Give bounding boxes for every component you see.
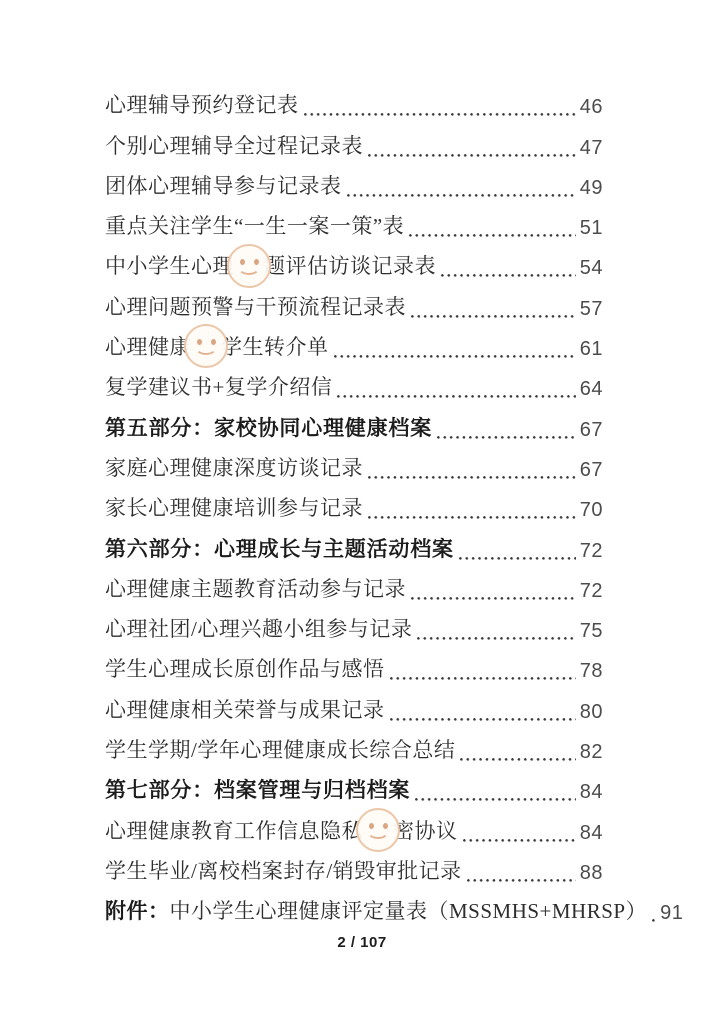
toc-entry-page: 72: [580, 540, 603, 563]
toc-entry-page: 49: [580, 177, 603, 200]
toc-entry-page: 72: [580, 580, 603, 603]
toc-entry-title: 学生心理成长原创作品与感悟: [105, 653, 385, 683]
dot-leader: [652, 919, 656, 922]
toc-entry[interactable]: 学生心理成长原创作品与感悟78: [105, 648, 603, 688]
toc-entry-text: 学生心理成长原创作品与感悟: [105, 657, 385, 681]
toc-entry[interactable]: 附件：中小学生心理健康评定量表（MSSMHS+MHRSP）91: [105, 890, 603, 930]
document-page: 心理辅导预约登记表46个别心理辅导全过程记录表47团体心理辅导参与记录表49重点…: [0, 0, 724, 1024]
toc-entry-title: 学生学期/学年心理健康成长综合总结: [105, 734, 455, 764]
toc-entry-page: 88: [580, 862, 603, 885]
toc-entry-bold-prefix: 附件：: [105, 899, 170, 923]
toc-entry-text: 心理问题预警与干预流程记录表: [105, 295, 406, 319]
toc-entry[interactable]: 第六部分：心理成长与主题活动档案72: [105, 527, 603, 567]
smiley-stamp-icon: [227, 244, 271, 288]
toc-entry-title: 团体心理辅导参与记录表: [105, 170, 342, 200]
toc-entry[interactable]: 家长心理健康培训参与记录70: [105, 487, 603, 527]
toc-entry-title: 第五部分：家校协同心理健康档案: [105, 412, 432, 442]
toc-entry-text: 心理辅导预约登记表: [105, 93, 299, 117]
dot-leader: [417, 637, 575, 640]
toc-entry-text: 中小学生心理健康评定量表（MSSMHS+MHRSP）: [170, 899, 648, 923]
stamp-mouth: [238, 260, 260, 275]
toc-entry[interactable]: 学生学期/学年心理健康成长综合总结82: [105, 729, 603, 769]
toc-entry[interactable]: 重点关注学生“一生一案一策”表51: [105, 205, 603, 245]
toc-entry-text-after-stamp: 密协议: [393, 819, 458, 843]
toc-entry-text: 复学建议书+复学介绍信: [105, 375, 332, 399]
toc-entry[interactable]: 第七部分：档案管理与归档档案84: [105, 769, 603, 809]
toc-entry-text: 个别心理辅导全过程记录表: [105, 134, 363, 158]
toc-entry[interactable]: 复学建议书+复学介绍信64: [105, 366, 603, 406]
toc-entry[interactable]: 中小学生心理题评估访谈记录表54: [105, 245, 603, 285]
toc-entry[interactable]: 团体心理辅导参与记录表49: [105, 165, 603, 205]
dot-leader: [411, 315, 576, 318]
toc-entry[interactable]: 心理问题预警与干预流程记录表57: [105, 285, 603, 325]
dot-leader: [368, 476, 576, 479]
toc-entry-title: 中小学生心理题评估访谈记录表: [105, 250, 436, 280]
toc-entry-page: 67: [580, 419, 603, 442]
smiley-stamp-icon: [184, 324, 228, 368]
smiley-stamp-icon: [356, 808, 400, 852]
toc-entry-title: 家长心理健康培训参与记录: [105, 492, 363, 522]
toc-entry-title: 附件：中小学生心理健康评定量表（MSSMHS+MHRSP）: [105, 895, 647, 925]
toc-entry-page: 51: [580, 217, 603, 240]
dot-leader: [347, 194, 576, 197]
toc-entry[interactable]: 心理健康主题教育活动参与记录72: [105, 568, 603, 608]
dot-leader: [463, 839, 576, 842]
dot-leader: [334, 355, 576, 358]
toc-entry-title: 心理辅导预约登记表: [105, 89, 299, 119]
toc-entry-title: 心理问题预警与干预流程记录表: [105, 291, 406, 321]
toc-entry-page: 47: [580, 137, 603, 160]
dot-leader: [390, 677, 576, 680]
dot-leader: [390, 718, 576, 721]
toc-entry-text: 心理健康主题教育活动参与记录: [105, 577, 406, 601]
toc-entry-text-after-stamp: 题评估访谈记录表: [264, 254, 436, 278]
toc-entry-page: 84: [580, 781, 603, 804]
toc-entry-title: 家庭心理健康深度访谈记录: [105, 452, 363, 482]
toc-entry-page: 70: [580, 499, 603, 522]
page-footer: 2 / 107: [0, 934, 724, 951]
toc-entry-text: 家长心理健康培训参与记录: [105, 496, 363, 520]
dot-leader: [411, 597, 576, 600]
toc-entry-title: 复学建议书+复学介绍信: [105, 371, 332, 401]
dot-leader: [409, 234, 576, 237]
toc-entry-page: 67: [580, 459, 603, 482]
toc-entry-page: 82: [580, 741, 603, 764]
dot-leader: [304, 113, 576, 116]
toc-entry[interactable]: 心理健康学生转介单61: [105, 326, 603, 366]
toc-entry-title: 学生毕业/离校档案封存/销毁审批记录: [105, 855, 462, 885]
toc-entry-title: 心理健康相关荣誉与成果记录: [105, 694, 385, 724]
table-of-contents: 心理辅导预约登记表46个别心理辅导全过程记录表47团体心理辅导参与记录表49重点…: [105, 84, 603, 930]
toc-entry-page: 57: [580, 298, 603, 321]
toc-entry-page: 75: [580, 620, 603, 643]
dot-leader: [460, 758, 575, 761]
toc-entry-page: 46: [580, 96, 603, 119]
toc-entry-text: 心理社团/心理兴趣小组参与记录: [105, 617, 412, 641]
toc-entry-title: 心理健康主题教育活动参与记录: [105, 573, 406, 603]
toc-entry-text: 第六部分：心理成长与主题活动档案: [105, 537, 454, 561]
toc-entry-page: 78: [580, 660, 603, 683]
toc-entry-text: 学生学期/学年心理健康成长综合总结: [105, 738, 455, 762]
toc-entry[interactable]: 第五部分：家校协同心理健康档案67: [105, 406, 603, 446]
dot-leader: [415, 798, 576, 801]
dot-leader: [459, 557, 576, 560]
toc-entry-text: 心理健康: [105, 335, 191, 359]
toc-entry-title: 心理健康教育工作信息隐私密协议: [105, 815, 458, 845]
toc-entry-page: 64: [580, 378, 603, 401]
toc-entry-title: 重点关注学生“一生一案一策”表: [105, 210, 404, 240]
toc-entry[interactable]: 心理辅导预约登记表46: [105, 84, 603, 124]
dot-leader: [337, 395, 575, 398]
toc-entry-page: 61: [580, 338, 603, 361]
dot-leader: [441, 274, 576, 277]
toc-entry-text: 心理健康相关荣誉与成果记录: [105, 698, 385, 722]
dot-leader: [437, 436, 576, 439]
toc-entry-page: 91: [660, 902, 683, 925]
toc-entry-text: 第五部分：家校协同心理健康档案: [105, 416, 432, 440]
dot-leader: [368, 516, 576, 519]
toc-entry[interactable]: 心理健康相关荣誉与成果记录80: [105, 688, 603, 728]
toc-entry-text: 中小学生心理: [105, 254, 234, 278]
toc-entry-page: 80: [580, 701, 603, 724]
toc-entry-page: 84: [580, 822, 603, 845]
toc-entry-text: 心理健康教育工作信息隐私: [105, 819, 363, 843]
toc-entry-title: 心理社团/心理兴趣小组参与记录: [105, 613, 412, 643]
toc-entry[interactable]: 心理健康教育工作信息隐私密协议84: [105, 809, 603, 849]
toc-entry-text: 重点关注学生“一生一案一策”表: [105, 214, 404, 238]
stamp-mouth: [195, 340, 217, 355]
toc-entry-text: 家庭心理健康深度访谈记录: [105, 456, 363, 480]
toc-entry[interactable]: 家庭心理健康深度访谈记录67: [105, 447, 603, 487]
toc-entry[interactable]: 个别心理辅导全过程记录表47: [105, 124, 603, 164]
toc-entry-page: 54: [580, 257, 603, 280]
toc-entry-text: 团体心理辅导参与记录表: [105, 174, 342, 198]
toc-entry-text: 第七部分：档案管理与归档档案: [105, 778, 410, 802]
toc-entry-text: 学生毕业/离校档案封存/销毁审批记录: [105, 859, 462, 883]
toc-entry[interactable]: 学生毕业/离校档案封存/销毁审批记录88: [105, 850, 603, 890]
stamp-mouth: [367, 824, 389, 839]
toc-entry[interactable]: 心理社团/心理兴趣小组参与记录75: [105, 608, 603, 648]
toc-entry-title: 心理健康学生转介单: [105, 331, 329, 361]
toc-entry-title: 第七部分：档案管理与归档档案: [105, 774, 410, 804]
toc-entry-title: 个别心理辅导全过程记录表: [105, 130, 363, 160]
toc-entry-text-after-stamp: 学生转介单: [221, 335, 329, 359]
dot-leader: [368, 154, 576, 157]
dot-leader: [467, 879, 576, 882]
toc-entry-title: 第六部分：心理成长与主题活动档案: [105, 533, 454, 563]
